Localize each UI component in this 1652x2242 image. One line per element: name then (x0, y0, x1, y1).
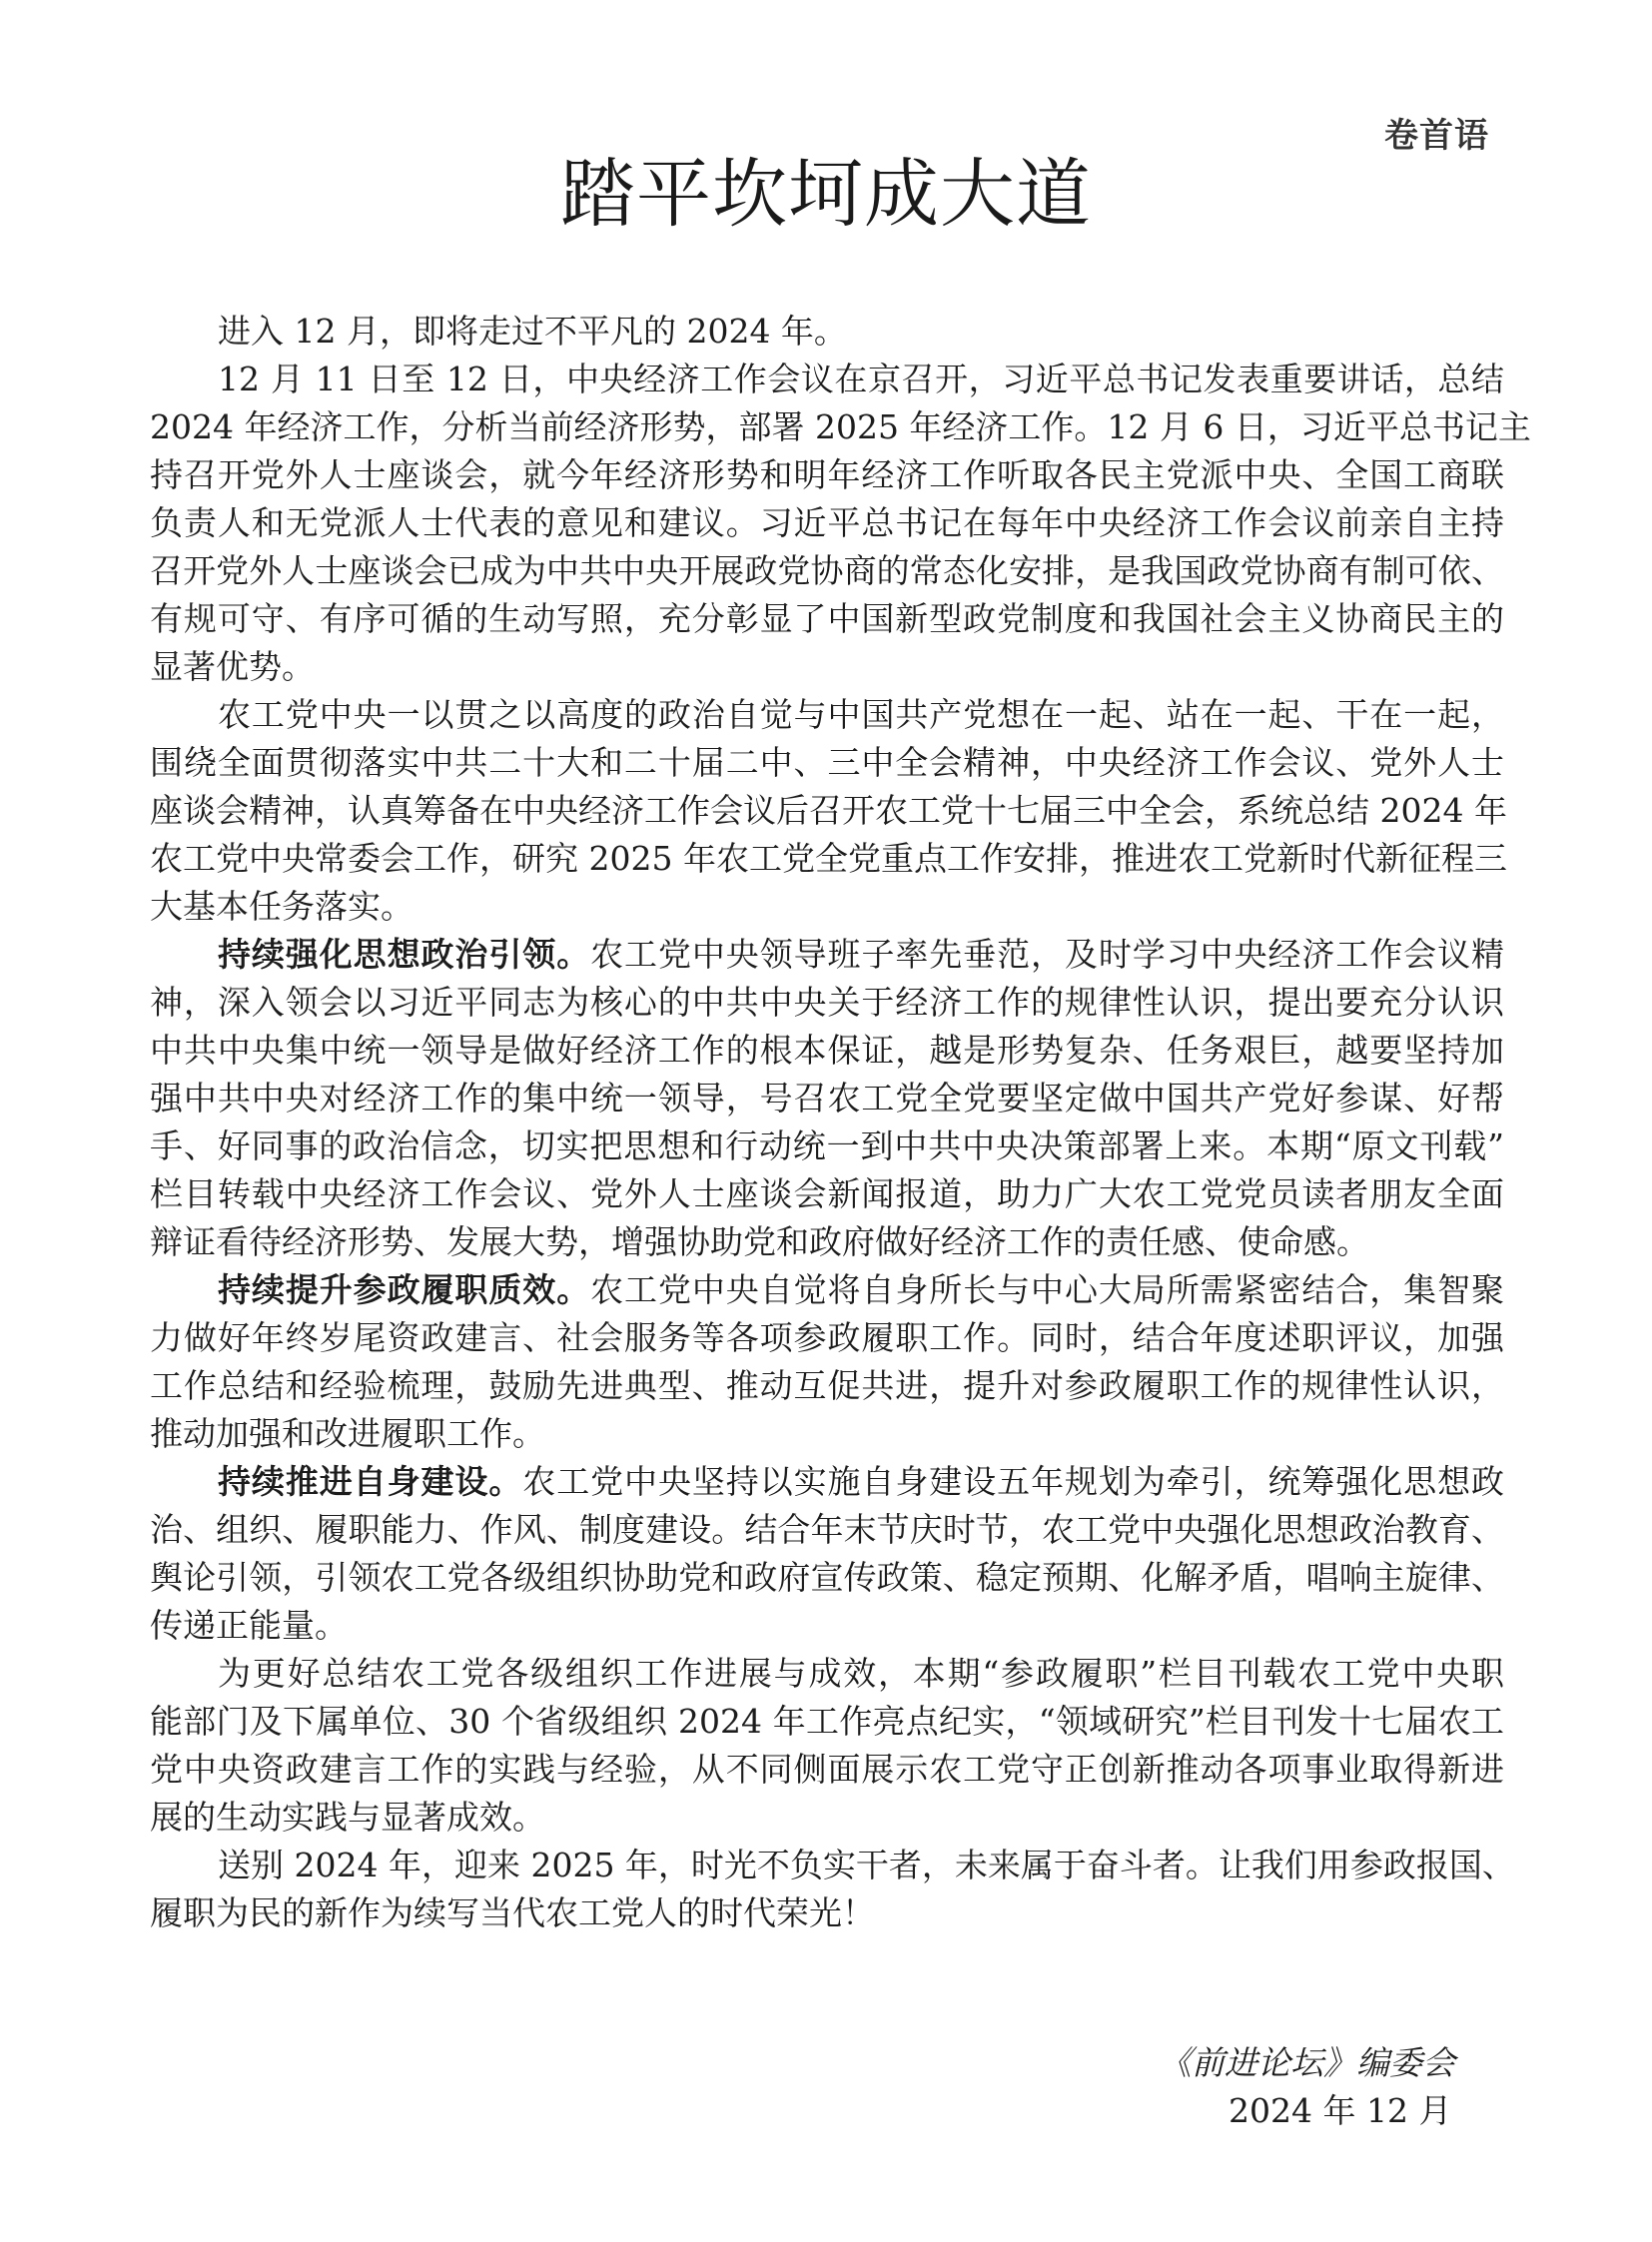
signature-block: 《前进论坛》编委会 2024 年 12 月 (1159, 2039, 1488, 2135)
text-line: 手、好同事的政治信念，切实把思想和行动统一到中共中央决策部署上来。本期“原文刊载… (150, 1122, 1504, 1170)
text-line: 围绕全面贯彻落实中共二十大和二十届二中、三中全会精神，中央经济工作会议、党外人士 (150, 739, 1504, 787)
text-line: 农工党中央一以贯之以高度的政治自觉与中国共产党想在一起、站在一起、干在一起， (150, 691, 1504, 739)
text-line: 为更好总结农工党各级组织工作进展与成效，本期“参政履职”栏目刊载农工党中央职 (150, 1650, 1504, 1698)
paragraph: 持续推进自身建设。农工党中央坚持以实施自身建设五年规划为牵引，统筹强化思想政治、… (150, 1458, 1504, 1650)
line-text: 舆论引领，引领农工党各级组织协助党和政府宣传政策、稳定预期、化解矛盾，唱响主旋律… (150, 1558, 1504, 1597)
line-text: 为更好总结农工党各级组织工作进展与成效，本期“参政履职”栏目刊载农工党中央职 (218, 1654, 1504, 1693)
line-text: 手、好同事的政治信念，切实把思想和行动统一到中共中央决策部署上来。本期“原文刊载… (150, 1126, 1504, 1165)
line-text: 持召开党外人士座谈会，就今年经济形势和明年经济工作听取各民主党派中央、全国工商联 (150, 455, 1504, 494)
line-text: 农工党中央一以贯之以高度的政治自觉与中国共产党想在一起、站在一起、干在一起， (218, 695, 1504, 734)
line-text: 2024 年经济工作，分析当前经济形势，部署 2025 年经济工作。12 月 6… (150, 407, 1531, 446)
text-line: 持续推进自身建设。农工党中央坚持以实施自身建设五年规划为牵引，统筹强化思想政 (150, 1458, 1504, 1506)
line-text: 履职为民的新作为续写当代农工党人的时代荣光！ (150, 1893, 875, 1932)
paragraph-lead-heading: 持续提升参政履职质效。 (218, 1270, 590, 1309)
line-text: 传递正能量。 (150, 1606, 348, 1645)
paragraph: 进入 12 月，即将走过不平凡的 2024 年。 (150, 308, 1504, 356)
line-text: 召开党外人士座谈会已成为中共中央开展政党协商的常态化安排，是我国政党协商有制可依… (150, 551, 1504, 590)
document-page: 卷首语 踏平坎坷成大道 进入 12 月，即将走过不平凡的 2024 年。12 月… (0, 0, 1652, 2242)
text-line: 神，深入领会以习近平同志为核心的中共中央关于经济工作的规律性认识，提出要充分认识 (150, 979, 1504, 1027)
text-line: 力做好年终岁尾资政建言、社会服务等各项参政履职工作。同时，结合年度述职评议，加强 (150, 1314, 1504, 1362)
text-line: 有规可守、有序可循的生动写照，充分彰显了中国新型政党制度和我国社会主义协商民主的 (150, 595, 1504, 643)
line-text: 农工党中央自觉将自身所长与中心大局所需紧密结合，集智聚 (590, 1270, 1504, 1309)
line-text: 送别 2024 年，迎来 2025 年，时光不负实干者，未来属于奋斗者。让我们用… (218, 1846, 1515, 1884)
article-body: 进入 12 月，即将走过不平凡的 2024 年。12 月 11 日至 12 日，… (150, 308, 1504, 1937)
text-line: 进入 12 月，即将走过不平凡的 2024 年。 (150, 308, 1504, 356)
line-text: 有规可守、有序可循的生动写照，充分彰显了中国新型政党制度和我国社会主义协商民主的 (150, 599, 1504, 638)
line-text: 负责人和无党派人士代表的意见和建议。习近平总书记在每年中央经济工作会议前亲自主持 (150, 503, 1504, 542)
text-line: 农工党中央常委会工作，研究 2025 年农工党全党重点工作安排，推进农工党新时代… (150, 835, 1504, 883)
line-text: 强中共中央对经济工作的集中统一领导，号召农工党全党要坚定做中国共产党好参谋、好帮 (150, 1079, 1504, 1118)
line-text: 农工党中央坚持以实施自身建设五年规划为牵引，统筹强化思想政 (522, 1462, 1504, 1501)
signature-organization: 《前进论坛》编委会 (1159, 2039, 1488, 2087)
line-text: 工作总结和经验梳理，鼓励先进典型、推动互促共进，提升对参政履职工作的规律性认识， (150, 1366, 1504, 1405)
text-line: 座谈会精神，认真筹备在中央经济工作会议后召开农工党十七届三中全会，系统总结 20… (150, 787, 1504, 835)
paragraph: 农工党中央一以贯之以高度的政治自觉与中国共产党想在一起、站在一起、干在一起，围绕… (150, 691, 1504, 931)
line-text: 围绕全面贯彻落实中共二十大和二十届二中、三中全会精神，中央经济工作会议、党外人士 (150, 743, 1504, 782)
paragraph: 持续提升参政履职质效。农工党中央自觉将自身所长与中心大局所需紧密结合，集智聚力做… (150, 1266, 1504, 1458)
text-line: 舆论引领，引领农工党各级组织协助党和政府宣传政策、稳定预期、化解矛盾，唱响主旋律… (150, 1554, 1504, 1602)
line-text: 大基本任务落实。 (150, 887, 413, 926)
text-line: 能部门及下属单位、30 个省级组织 2024 年工作亮点纪实，“领域研究”栏目刊… (150, 1698, 1504, 1746)
paragraph: 送别 2024 年，迎来 2025 年，时光不负实干者，未来属于奋斗者。让我们用… (150, 1842, 1504, 1937)
line-text: 栏目转载中央经济工作会议、党外人士座谈会新闻报道，助力广大农工党党员读者朋友全面 (150, 1174, 1504, 1213)
article-title: 踏平坎坷成大道 (0, 146, 1652, 242)
text-line: 党中央资政建言工作的实践与经验，从不同侧面展示农工党守正创新推动各项事业取得新进 (150, 1746, 1504, 1794)
paragraph: 为更好总结农工党各级组织工作进展与成效，本期“参政履职”栏目刊载农工党中央职能部… (150, 1650, 1504, 1842)
text-line: 中共中央集中统一领导是做好经济工作的根本保证，越是形势复杂、任务艰巨，越要坚持加 (150, 1027, 1504, 1075)
text-line: 履职为民的新作为续写当代农工党人的时代荣光！ (150, 1889, 1504, 1937)
line-text: 农工党中央领导班子率先垂范，及时学习中央经济工作会议精 (590, 935, 1504, 974)
text-line: 推动加强和改进履职工作。 (150, 1410, 1504, 1458)
signature-date: 2024 年 12 月 (1159, 2087, 1488, 2135)
line-text: 中共中央集中统一领导是做好经济工作的根本保证，越是形势复杂、任务艰巨，越要坚持加 (150, 1031, 1504, 1070)
line-text: 神，深入领会以习近平同志为核心的中共中央关于经济工作的规律性认识，提出要充分认识 (150, 983, 1504, 1022)
text-line: 工作总结和经验梳理，鼓励先进典型、推动互促共进，提升对参政履职工作的规律性认识， (150, 1362, 1504, 1410)
line-text: 进入 12 月，即将走过不平凡的 2024 年。 (218, 312, 847, 351)
line-text: 展的生动实践与显著成效。 (150, 1798, 545, 1837)
line-text: 推动加强和改进履职工作。 (150, 1414, 545, 1453)
paragraph: 12 月 11 日至 12 日，中央经济工作会议在京召开，习近平总书记发表重要讲… (150, 356, 1504, 691)
text-line: 治、组织、履职能力、作风、制度建设。结合年末节庆时节，农工党中央强化思想政治教育… (150, 1506, 1504, 1554)
line-text: 座谈会精神，认真筹备在中央经济工作会议后召开农工党十七届三中全会，系统总结 20… (150, 791, 1507, 830)
text-line: 大基本任务落实。 (150, 883, 1504, 931)
text-line: 辩证看待经济形势、发展大势，增强协助党和政府做好经济工作的责任感、使命感。 (150, 1218, 1504, 1266)
text-line: 显著优势。 (150, 643, 1504, 691)
line-text: 辩证看待经济形势、发展大势，增强协助党和政府做好经济工作的责任感、使命感。 (150, 1222, 1369, 1261)
text-line: 送别 2024 年，迎来 2025 年，时光不负实干者，未来属于奋斗者。让我们用… (150, 1842, 1504, 1889)
line-text: 治、组织、履职能力、作风、制度建设。结合年末节庆时节，农工党中央强化思想政治教育… (150, 1510, 1504, 1549)
line-text: 党中央资政建言工作的实践与经验，从不同侧面展示农工党守正创新推动各项事业取得新进 (150, 1750, 1504, 1789)
text-line: 2024 年经济工作，分析当前经济形势，部署 2025 年经济工作。12 月 6… (150, 403, 1504, 451)
text-line: 召开党外人士座谈会已成为中共中央开展政党协商的常态化安排，是我国政党协商有制可依… (150, 547, 1504, 595)
text-line: 强中共中央对经济工作的集中统一领导，号召农工党全党要坚定做中国共产党好参谋、好帮 (150, 1075, 1504, 1122)
paragraph-lead-heading: 持续强化思想政治引领。 (218, 935, 590, 974)
line-text: 显著优势。 (150, 647, 315, 686)
line-text: 能部门及下属单位、30 个省级组织 2024 年工作亮点纪实，“领域研究”栏目刊… (150, 1702, 1504, 1741)
text-line: 栏目转载中央经济工作会议、党外人士座谈会新闻报道，助力广大农工党党员读者朋友全面 (150, 1170, 1504, 1218)
paragraph: 持续强化思想政治引领。农工党中央领导班子率先垂范，及时学习中央经济工作会议精神，… (150, 931, 1504, 1266)
line-text: 12 月 11 日至 12 日，中央经济工作会议在京召开，习近平总书记发表重要讲… (218, 360, 1504, 398)
text-line: 负责人和无党派人士代表的意见和建议。习近平总书记在每年中央经济工作会议前亲自主持 (150, 499, 1504, 547)
text-line: 12 月 11 日至 12 日，中央经济工作会议在京召开，习近平总书记发表重要讲… (150, 356, 1504, 403)
text-line: 持续提升参政履职质效。农工党中央自觉将自身所长与中心大局所需紧密结合，集智聚 (150, 1266, 1504, 1314)
paragraph-lead-heading: 持续推进自身建设。 (218, 1462, 522, 1501)
text-line: 传递正能量。 (150, 1602, 1504, 1650)
text-line: 展的生动实践与显著成效。 (150, 1794, 1504, 1842)
line-text: 农工党中央常委会工作，研究 2025 年农工党全党重点工作安排，推进农工党新时代… (150, 839, 1507, 878)
line-text: 力做好年终岁尾资政建言、社会服务等各项参政履职工作。同时，结合年度述职评议，加强 (150, 1318, 1504, 1357)
text-line: 持续强化思想政治引领。农工党中央领导班子率先垂范，及时学习中央经济工作会议精 (150, 931, 1504, 979)
text-line: 持召开党外人士座谈会，就今年经济形势和明年经济工作听取各民主党派中央、全国工商联 (150, 451, 1504, 499)
